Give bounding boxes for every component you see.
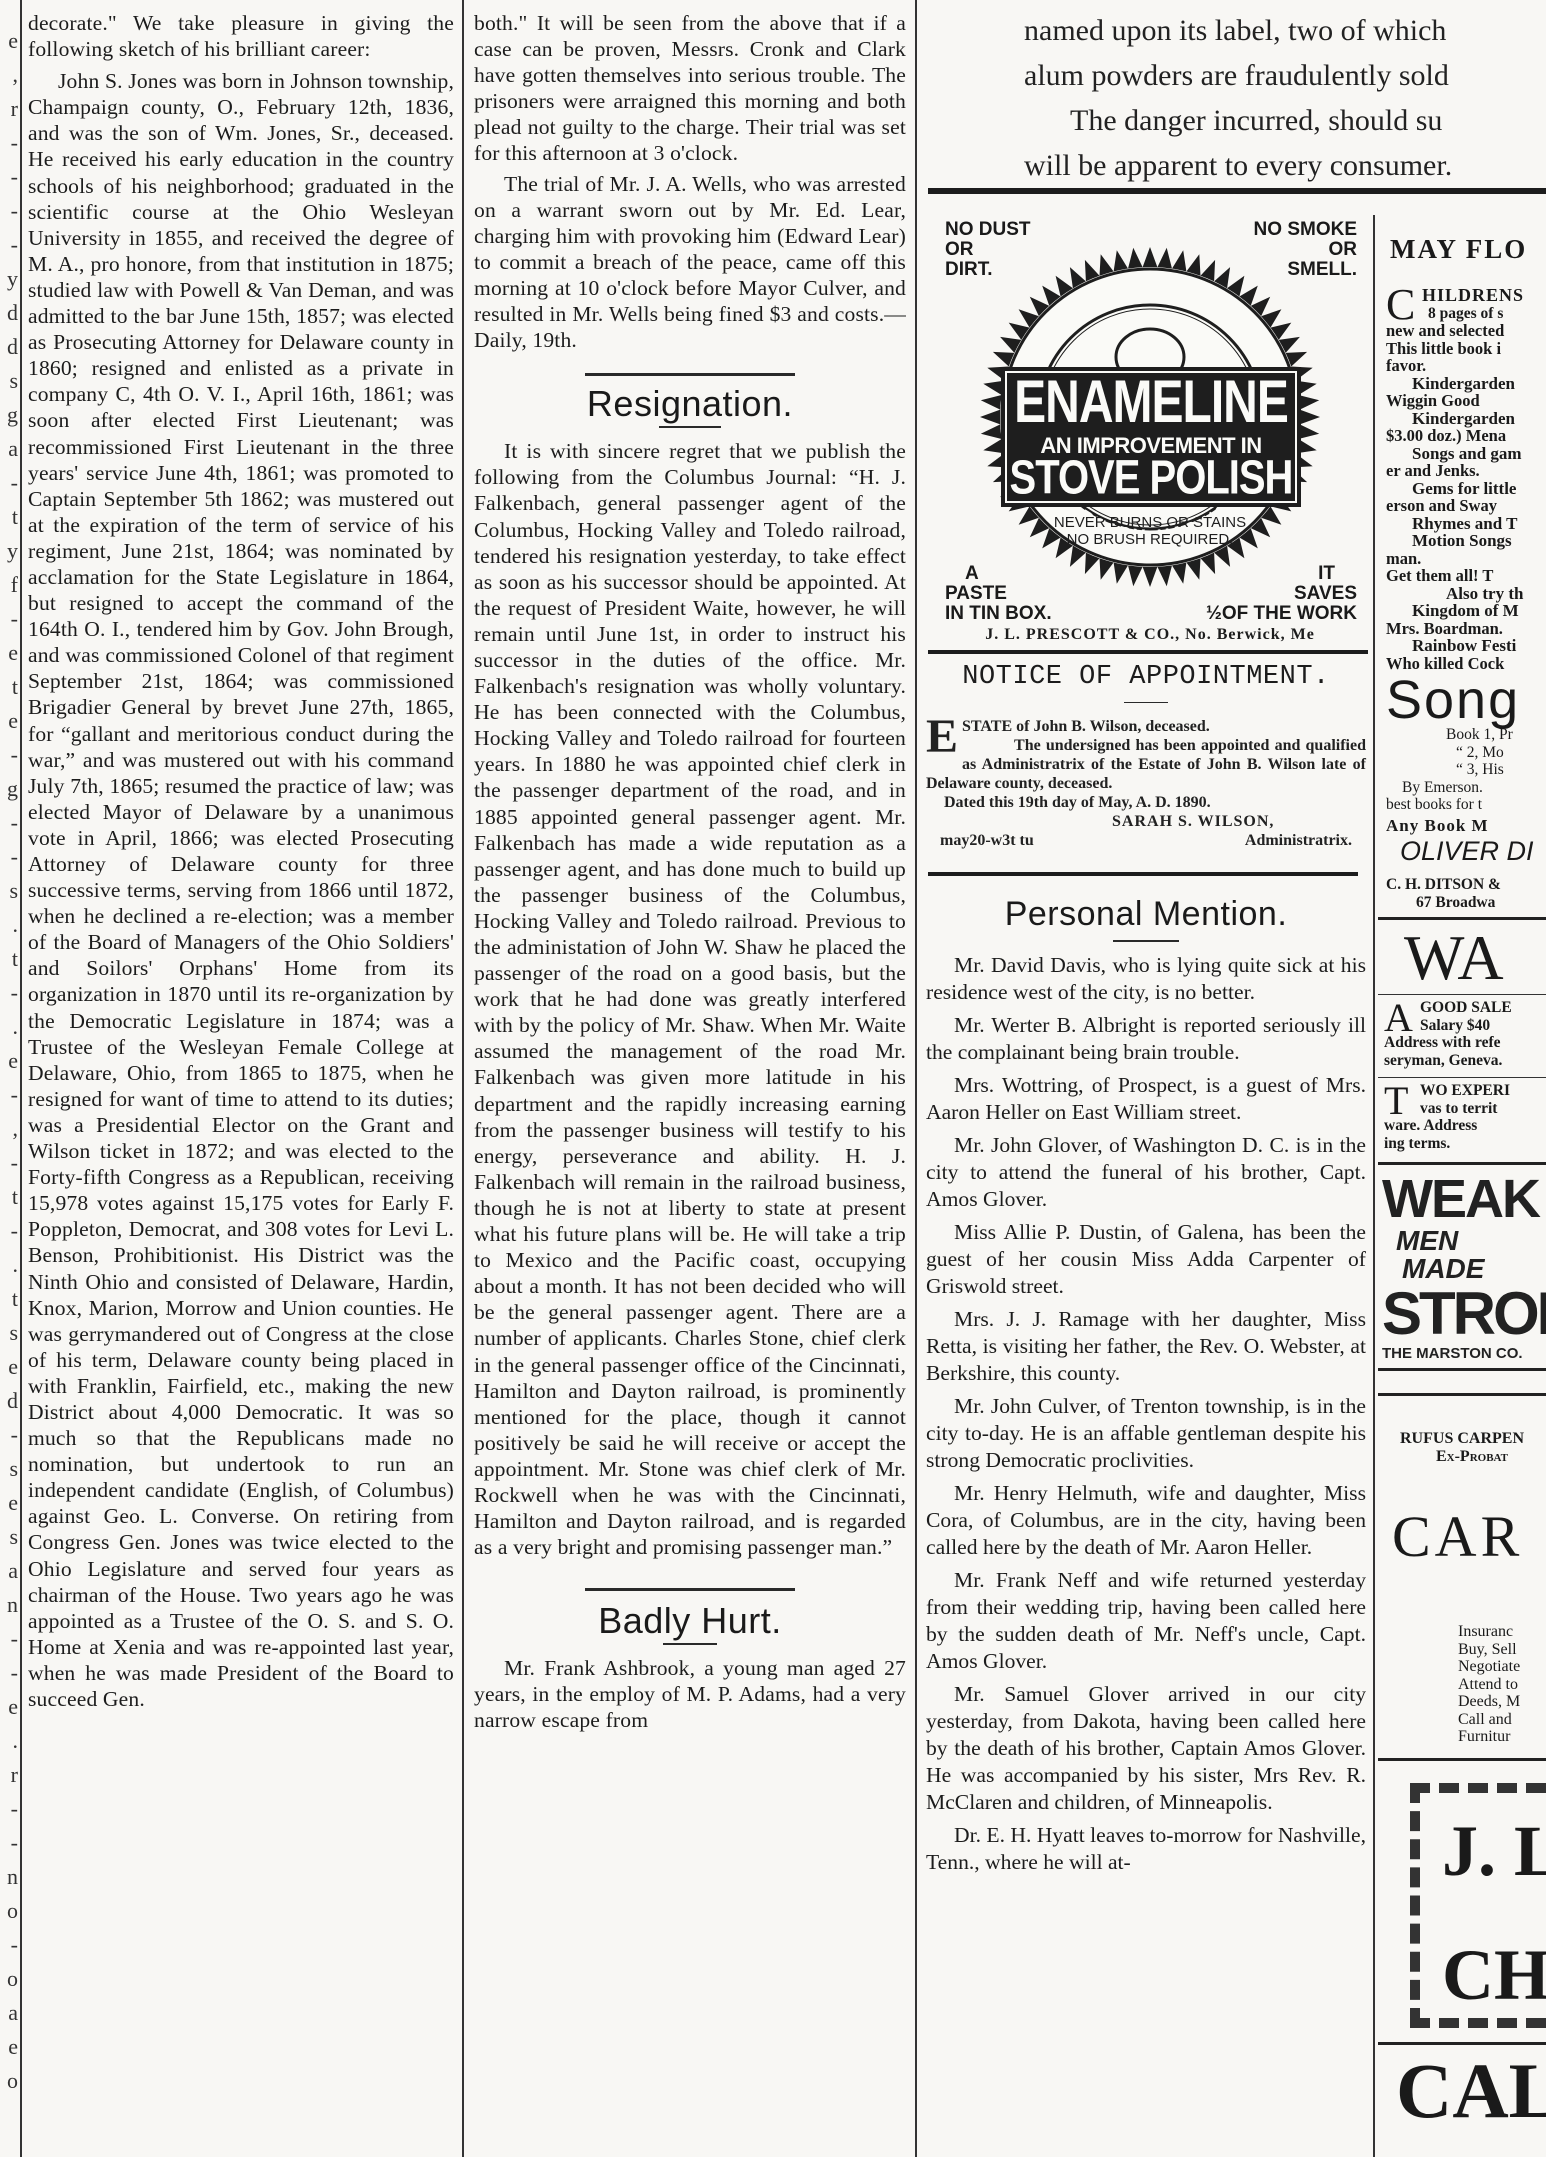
ad-line: Call and — [1458, 1711, 1546, 1729]
notice-body: E STATE of John B. Wilson, deceased. The… — [926, 717, 1366, 850]
fragment: s — [9, 880, 18, 902]
fragment: t — [12, 1288, 18, 1310]
fragment: s — [9, 370, 18, 392]
fragment: - — [11, 132, 18, 154]
fragment: e — [8, 2036, 18, 2058]
fragment: . — [13, 1730, 19, 1752]
article-paragraph: It is with sincere regret that we publis… — [474, 438, 906, 1560]
fragment: - — [11, 608, 18, 630]
ad-line: $3.00 doz.) Mena — [1386, 427, 1546, 445]
article-paragraph: The trial of Mr. J. A. Wells, who was ar… — [474, 171, 906, 354]
rufus-carpenter-card: RUFUS CARPEN Ex-Probat — [1378, 1430, 1546, 1465]
fragment: t — [12, 1186, 18, 1208]
ad-line: Negotiate — [1458, 1658, 1546, 1676]
ad-line: Rainbow Festi — [1386, 637, 1546, 655]
section-divider — [928, 872, 1358, 876]
claim-line: NO BRUSH REQUIRED. — [1045, 531, 1255, 548]
personal-item: Dr. E. H. Hyatt leaves to-morrow for Nas… — [926, 1822, 1366, 1876]
section-divider — [928, 650, 1368, 654]
brand-name: ENAMELINE — [1004, 372, 1298, 435]
maker-line: J. L. PRESCOTT & CO., No. Berwick, Me — [947, 626, 1353, 644]
personal-item: Mr. Werter B. Albright is reported serio… — [926, 1012, 1366, 1066]
personal-item: Mr. John Glover, of Washington D. C. is … — [926, 1132, 1366, 1213]
ad-line: Kindergarden — [1386, 410, 1546, 428]
personal-item: Mrs. J. J. Ramage with her daughter, Mis… — [926, 1306, 1366, 1387]
article-paragraph: Mr. Frank Ashbrook, a young man aged 27 … — [474, 1655, 906, 1733]
corner-top-left: NO DUST OR DIRT. — [945, 220, 1031, 280]
ad-line: Furnitur — [1458, 1728, 1546, 1746]
article-john-s-jones: decorate." We take pleasure in giving th… — [24, 0, 454, 1712]
ad-line: The danger incurred, should su — [1000, 98, 1546, 143]
headline-resignation: Resignation. — [474, 384, 906, 424]
fragment: e — [8, 1696, 18, 1718]
fragment: - — [11, 982, 18, 1004]
ad-line: will be apparent to every consumer. — [1000, 143, 1546, 188]
ad-line: Attend to — [1458, 1676, 1546, 1694]
fragment: t — [12, 948, 18, 970]
newspaper-page: e,r----yddsga-tyf-ete-g--s.t-.e-,-t-.tse… — [0, 0, 1546, 2157]
column-rule — [915, 0, 917, 2157]
section-divider — [585, 1588, 795, 1591]
section-divider — [928, 188, 1546, 194]
fragment: - — [11, 234, 18, 256]
fragment: o — [7, 2070, 18, 2092]
column-rule — [1373, 215, 1375, 2157]
any-book-line: Any Book M — [1386, 817, 1546, 835]
personal-item: Mrs. Wottring, of Prospect, is a guest o… — [926, 1072, 1366, 1126]
fragment: s — [9, 1458, 18, 1480]
weak-men-ad: WEAK MEN MADE STRONG THE MARSTON CO. — [1378, 1171, 1546, 1362]
ad-line: “ 3, His — [1386, 761, 1546, 779]
baking-powder-ad-text: named upon its label, two of which alum … — [1000, 0, 1546, 188]
ad-line: Kingdom of M — [1386, 602, 1546, 620]
fragment: r — [11, 1764, 18, 1786]
address-line: 67 Broadwa — [1386, 894, 1546, 912]
fragment: . — [13, 914, 19, 936]
fragment: . — [13, 1016, 19, 1038]
ad-line: Songs and gam — [1386, 445, 1546, 463]
fragment: s — [9, 1526, 18, 1548]
fragment: n — [7, 1594, 18, 1616]
headline-badly-hurt: Badly Hurt. — [474, 1601, 906, 1641]
column-two: both." It will be seen from the above th… — [474, 0, 906, 1734]
ad-line: seryman, Geneva. — [1384, 1052, 1546, 1070]
fragment: . — [13, 1254, 19, 1276]
fragment: g — [7, 404, 18, 426]
notice-title: NOTICE OF APPOINTMENT. — [926, 660, 1366, 694]
fragment: , — [13, 1118, 19, 1140]
product-name: STOVE POLISH — [1004, 454, 1298, 502]
fragment: y — [7, 540, 18, 562]
fragment: - — [11, 1934, 18, 1956]
claim-line: NEVER BURNS OR STAINS — [1045, 514, 1255, 531]
song-title: Song — [1386, 674, 1546, 726]
drop-cap: C — [1386, 283, 1415, 327]
ad-line: By Emerson. — [1386, 779, 1546, 797]
fragment: - — [11, 1424, 18, 1446]
fragment: - — [11, 1152, 18, 1174]
fragment: y — [7, 268, 18, 290]
ad-line: Rhymes and T — [1386, 515, 1546, 533]
ad-line: Also try th — [1386, 585, 1546, 603]
personal-item: Mr. David Davis, who is lying quite sick… — [926, 952, 1366, 1006]
fragment: s — [9, 1322, 18, 1344]
fragment: t — [12, 506, 18, 528]
fragment: e — [8, 642, 18, 664]
fragment: a — [8, 2002, 18, 2024]
ad-line: er and Jenks. — [1386, 462, 1546, 480]
ditson-line: C. H. DITSON & — [1386, 876, 1546, 894]
column-rule — [20, 0, 22, 2157]
personal-item: Miss Allie P. Dustin, of Galena, has bee… — [926, 1219, 1366, 1300]
fragment: - — [11, 200, 18, 222]
ad-line: “ 2, Mo — [1386, 744, 1546, 762]
fragment: n — [7, 1866, 18, 1888]
ad-line: Buy, Sell — [1458, 1641, 1546, 1659]
fragment: e — [8, 30, 18, 52]
fragment: - — [11, 1628, 18, 1650]
brand-panel: ENAMELINE AN IMPROVEMENT IN STOVE POLISH — [1001, 367, 1301, 507]
ad-line: alum powders are fraudulently sold — [1000, 53, 1546, 98]
fragment: - — [11, 472, 18, 494]
claims: NEVER BURNS OR STAINS NO BRUSH REQUIRED. — [1045, 514, 1255, 548]
fragment: d — [7, 302, 18, 324]
may-flowers-title: MAY FLO — [1378, 234, 1546, 265]
fragment: f — [11, 574, 18, 596]
fragment: o — [7, 1900, 18, 1922]
corner-top-right: NO SMOKE OR SMELL. — [1254, 220, 1357, 280]
fragment: a — [8, 438, 18, 460]
ad-line: man. — [1386, 550, 1546, 568]
fragment: d — [7, 336, 18, 358]
ad-line: Deeds, M — [1458, 1693, 1546, 1711]
article-paragraph: John S. Jones was born in Johnson townsh… — [28, 68, 454, 1712]
fragment: d — [7, 1390, 18, 1412]
title-underline — [1124, 702, 1168, 703]
fragment: - — [11, 166, 18, 188]
ad-line: Mrs. Boardman. — [1386, 620, 1546, 638]
wanted-title: WA — [1378, 926, 1546, 990]
personal-item: Mr. Henry Helmuth, wife and daughter, Mi… — [926, 1480, 1366, 1561]
personal-item: Mr. Samuel Glover arrived in our city ye… — [926, 1681, 1366, 1816]
fragment: - — [11, 1798, 18, 1820]
fragment: e — [8, 1492, 18, 1514]
fragment: , — [13, 64, 19, 86]
fragment: - — [11, 1832, 18, 1854]
fragment: e — [8, 1050, 18, 1072]
ad-line: GOOD SALE — [1420, 999, 1546, 1017]
fragment: r — [11, 98, 18, 120]
far-right-ads: MAY FLO C HILDRENS8 pages of snew and se… — [1378, 210, 1546, 2157]
drop-cap: E — [926, 717, 958, 757]
notice-of-appointment: NOTICE OF APPOINTMENT. E STATE of John B… — [926, 660, 1366, 850]
headline-personal-mention: Personal Mention. — [926, 894, 1366, 934]
headline-underline — [663, 1643, 717, 1645]
corner-bottom-right: IT SAVES ½OF THE WORK — [1206, 564, 1357, 624]
fragment: o — [7, 1968, 18, 1990]
fragment: t — [12, 676, 18, 698]
good-salesman-ad: A GOOD SALESalary $40Address with refese… — [1378, 999, 1546, 1069]
ad-line: Kindergarden — [1386, 375, 1546, 393]
ad-line: ing terms. — [1384, 1135, 1546, 1153]
ad-line: Get them all! T — [1386, 567, 1546, 585]
fragment: e — [8, 1356, 18, 1378]
ad-line: Motion Songs — [1386, 532, 1546, 550]
article-paragraph: both." It will be seen from the above th… — [474, 0, 906, 167]
corner-bottom-left: A PASTE IN TIN BOX. — [945, 564, 1052, 624]
personal-mention: Personal Mention. Mr. David Davis, who i… — [926, 878, 1366, 1876]
ad-line: Salary $40 — [1420, 1017, 1546, 1035]
fragment: - — [11, 1220, 18, 1242]
headline-underline — [1113, 940, 1179, 942]
personal-item: Mr. Frank Neff and wife returned yesterd… — [926, 1567, 1366, 1675]
section-divider — [585, 373, 795, 376]
two-experienced-ad: T WO EXPERIvas to territware. Addressing… — [1378, 1082, 1546, 1152]
article-paragraph: decorate." We take pleasure in giving th… — [28, 0, 454, 62]
enameline-stove-polish-ad: A JET BLACK ENAMEL GLOSS ALWAYS READY. H… — [935, 212, 1365, 648]
column-rule — [462, 0, 464, 2157]
ad-line: This little book i — [1386, 340, 1546, 358]
jl-card-ad: J. L CHI — [1410, 1783, 1546, 2028]
card-title: CAR — [1378, 1507, 1546, 1567]
ad-line: Wiggin Good — [1386, 392, 1546, 410]
previous-column-fragments: e,r----yddsga-tyf-ete-g--s.t-.e-,-t-.tse… — [0, 0, 20, 2157]
fragment: - — [11, 846, 18, 868]
fragment: a — [8, 1560, 18, 1582]
ad-line: WO EXPERI — [1420, 1082, 1546, 1100]
ad-line: named upon its label, two of which — [1000, 8, 1546, 53]
fragment: - — [11, 744, 18, 766]
oliver-ditson: OLIVER DI — [1386, 834, 1546, 868]
ad-line: Gems for little — [1386, 480, 1546, 498]
ad-line: best books for t — [1386, 796, 1546, 814]
headline-underline — [659, 426, 721, 428]
fragment: - — [11, 1662, 18, 1684]
call-ad: CALL — [1378, 2051, 1546, 2131]
personal-item: Mr. John Culver, of Trenton township, is… — [926, 1393, 1366, 1474]
ad-line: vas to territ — [1420, 1100, 1546, 1118]
fragment: e — [8, 710, 18, 732]
ad-line: favor. — [1386, 357, 1546, 375]
fragment: - — [11, 812, 18, 834]
ad-line: Insuranc — [1458, 1623, 1546, 1641]
fragment: - — [11, 1084, 18, 1106]
ad-line: erson and Sway — [1386, 497, 1546, 515]
may-flowers-ad: C HILDRENS8 pages of snew and selectedTh… — [1378, 287, 1546, 911]
fragment: g — [7, 778, 18, 800]
